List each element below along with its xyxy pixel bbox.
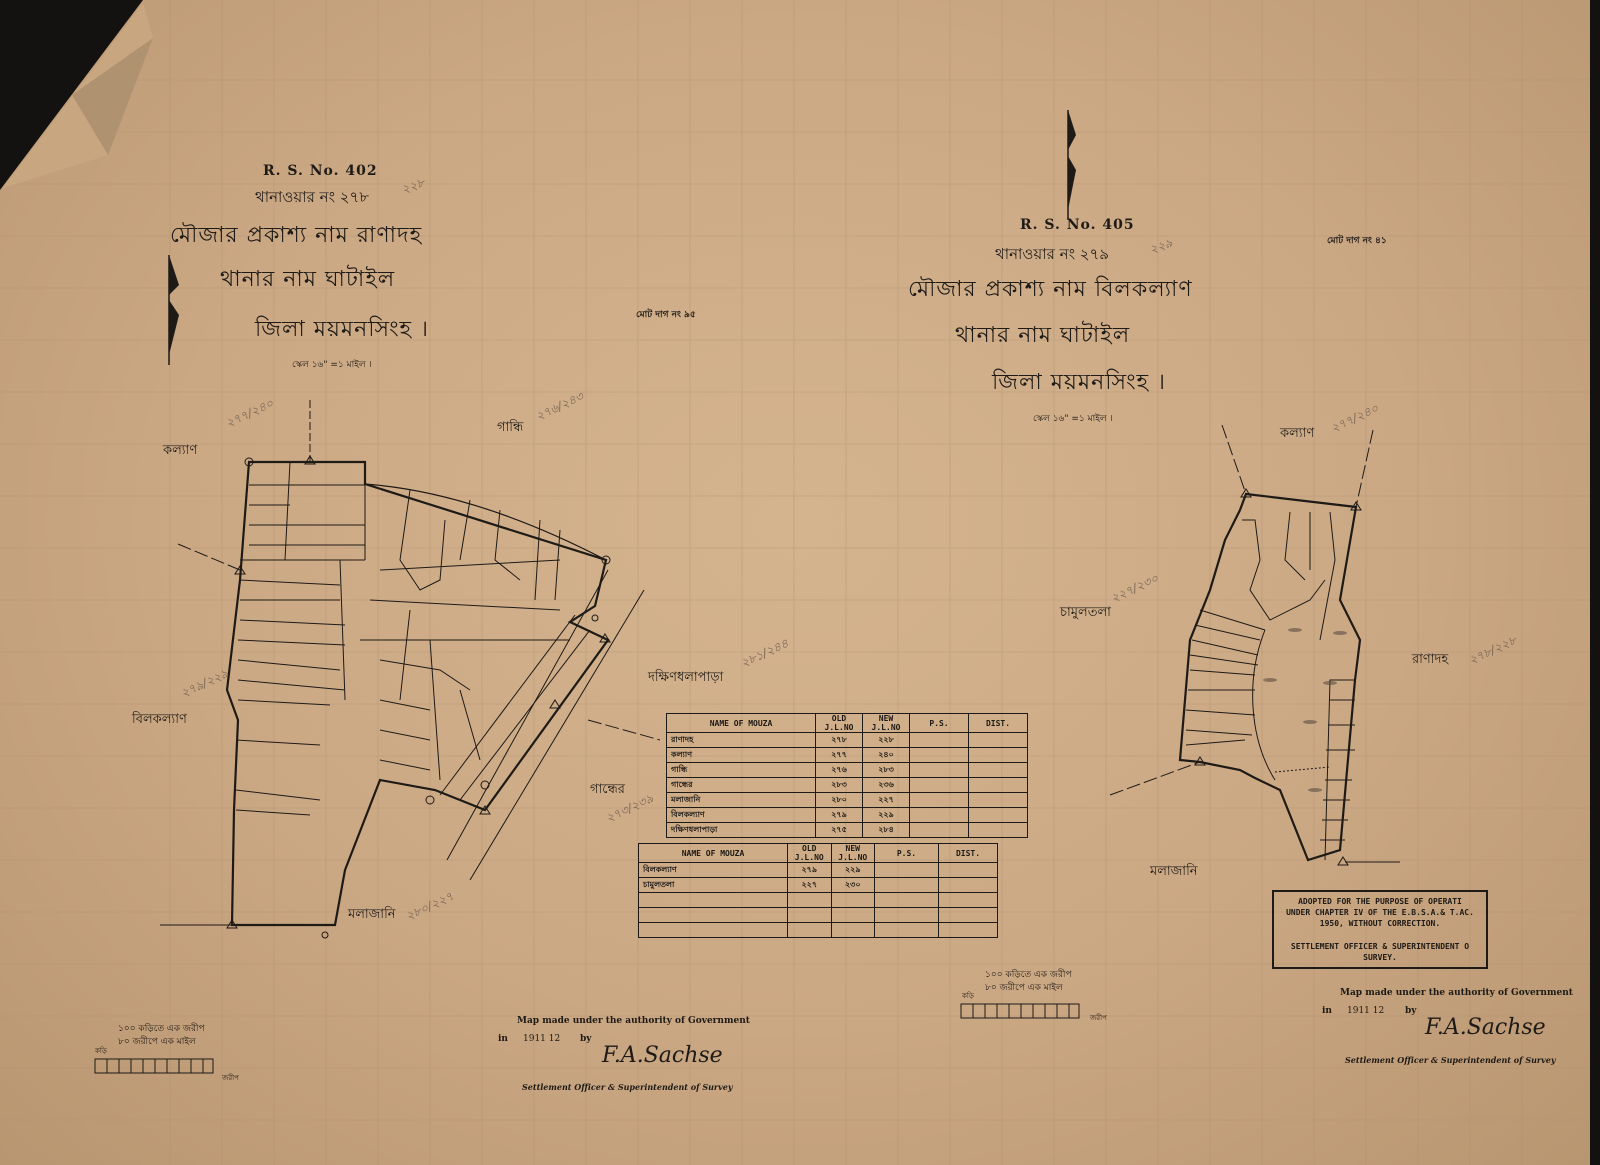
col-old-jl: OLD J.L.NO (788, 844, 832, 863)
cell: ২৮৩ (816, 778, 863, 793)
cell: ২২৮ (863, 733, 910, 748)
left-cadastral-map (160, 380, 660, 940)
table-row: চামুলতলা ২২৭ ২৩০ (639, 878, 998, 893)
cell (939, 908, 998, 923)
left-signature: F.A.Sachse (602, 1043, 723, 1068)
cell (939, 863, 998, 878)
left-mouza-name: মৌজার প্রকাশ্য নাম রাণাদহ (170, 218, 422, 255)
cell (969, 793, 1028, 808)
right-cadastral-map (1100, 410, 1400, 880)
cell (939, 878, 998, 893)
left-authority-by: by (580, 1034, 592, 1044)
cell: বিলকল্যাণ (639, 863, 788, 878)
cell: ২৩৬ (863, 778, 910, 793)
col-dist: DIST. (969, 714, 1028, 733)
left-authority-in: in (498, 1034, 508, 1044)
right-neighbour-east: রাণাদহ (1412, 650, 1448, 671)
cell: রাণাদহ (667, 733, 816, 748)
right-thana-number: থানাওয়ার নং ২৭৯ (995, 243, 1109, 268)
right-authority-year: 1911 12 (1347, 1006, 1384, 1016)
cell: ২৭৯ (788, 863, 832, 878)
cell (969, 748, 1028, 763)
cell: ২৪০ (863, 748, 910, 763)
left-scale-unit-right: জরীপ (222, 1072, 239, 1084)
cell (910, 823, 969, 838)
table-row: বিলকল্যাণ ২৭৯ ২২৯ (639, 863, 998, 878)
col-new-jl: NEW J.L.NO (863, 714, 910, 733)
right-scale-bar (960, 1000, 1090, 1022)
folded-corner (0, 0, 220, 200)
adoption-stamp: ADOPTED FOR THE PURPOSE OF OPERATI UNDER… (1272, 890, 1488, 969)
right-neighbour-north: কল্যাণ (1280, 424, 1314, 445)
table-row: কল্যাণ ২৭৭ ২৪০ (667, 748, 1028, 763)
stamp-line: SURVEY. (1280, 952, 1480, 963)
table-row (639, 893, 998, 908)
cell (910, 733, 969, 748)
cell: বিলকল্যাণ (667, 808, 816, 823)
stamp-signature-space (1280, 929, 1480, 941)
left-scale-bar (94, 1055, 224, 1077)
cell: ২৮০ (816, 793, 863, 808)
left-officer-title: Settlement Officer & Superintendent of S… (522, 1082, 733, 1092)
stamp-line: ADOPTED FOR THE PURPOSE OF OPERATI (1280, 896, 1480, 907)
left-scale: স্কেল ১৬" =১ মাইল । (292, 357, 372, 372)
left-total-plots: মোট দাগ নং ৯৫ (636, 307, 696, 322)
cell (875, 923, 939, 938)
cell: দক্ষিণধলাপাড়া (667, 823, 816, 838)
scan-edge (1590, 0, 1600, 1165)
right-rs-number: R. S. No. 405 (1020, 217, 1135, 233)
cell (639, 908, 788, 923)
cell: ২২৯ (863, 808, 910, 823)
table-row: গান্ধের ২৮৩ ২৩৬ (667, 778, 1028, 793)
table-row (639, 923, 998, 938)
cell (910, 763, 969, 778)
table-row: মলাজানি ২৮০ ২২৭ (667, 793, 1028, 808)
cell: গান্ধি (667, 763, 816, 778)
col-name: NAME OF MOUZA (639, 844, 788, 863)
cell (910, 778, 969, 793)
right-authority-by: by (1405, 1006, 1417, 1016)
col-dist: DIST. (939, 844, 998, 863)
cell (969, 763, 1028, 778)
cell (910, 748, 969, 763)
right-officer-title: Settlement Officer & Superintendent of S… (1345, 1055, 1556, 1065)
cell: ২২৭ (788, 878, 832, 893)
col-ps: P.S. (875, 844, 939, 863)
left-scale-line2: ৮০ জরীপে এক মাইল (118, 1034, 196, 1049)
cell: ২৮৪ (863, 823, 910, 838)
north-arrow-icon (1062, 110, 1082, 220)
right-total-plots: মোট দাগ নং ৪১ (1327, 233, 1387, 248)
right-scale-unit-right: জরীপ (1090, 1012, 1107, 1024)
table-row: গান্ধি ২৭৬ ২৮৩ (667, 763, 1028, 778)
col-name: NAME OF MOUZA (667, 714, 816, 733)
cell: গান্ধের (667, 778, 816, 793)
left-neighbour-east: দক্ষিণধলাপাড়া (648, 668, 723, 689)
cell (788, 893, 832, 908)
table-row: রাণাদহ ২৭৮ ২২৮ (667, 733, 1028, 748)
cell (788, 923, 832, 938)
cell: ২২৯ (831, 863, 875, 878)
left-neighbour-west: বিলকল্যাণ (132, 710, 187, 731)
cell (969, 778, 1028, 793)
mouza-table-1: NAME OF MOUZA OLD J.L.NO NEW J.L.NO P.S.… (666, 713, 1028, 838)
left-thana-name: থানার নাম ঘাটাইল (220, 262, 395, 299)
left-authority-year: 1911 12 (523, 1034, 560, 1044)
right-authority-text: Map made under the authority of Governme… (1340, 988, 1573, 998)
cell (939, 893, 998, 908)
cell: ২৩০ (831, 878, 875, 893)
cell (969, 808, 1028, 823)
cell (875, 878, 939, 893)
cell: ২৭৯ (816, 808, 863, 823)
mouza-table-2: NAME OF MOUZA OLD J.L.NO NEW J.L.NO P.S.… (638, 843, 998, 938)
col-ps: P.S. (910, 714, 969, 733)
cell (969, 733, 1028, 748)
col-new-jl: NEW J.L.NO (831, 844, 875, 863)
right-neighbour-west: চামুলতলা (1060, 603, 1111, 624)
stamp-line: UNDER CHAPTER IV OF THE E.B.S.A.& T.AC. (1280, 907, 1480, 918)
cell: ২২৭ (863, 793, 910, 808)
left-neighbour-south-east: গান্ধের (590, 780, 625, 801)
cell (969, 823, 1028, 838)
right-mouza-name: মৌজার প্রকাশ্য নাম বিলকল্যাণ (908, 272, 1193, 309)
table-row (639, 908, 998, 923)
left-rs-number: R. S. No. 402 (263, 163, 378, 179)
table-row: দক্ষিণধলাপাড়া ২৭৫ ২৮৪ (667, 823, 1028, 838)
cell: ২৮৩ (863, 763, 910, 778)
table-header-row: NAME OF MOUZA OLD J.L.NO NEW J.L.NO P.S.… (639, 844, 998, 863)
cell (910, 808, 969, 823)
cell (831, 893, 875, 908)
col-old-jl: OLD J.L.NO (816, 714, 863, 733)
right-authority-in: in (1322, 1006, 1332, 1016)
cell: ২৭৭ (816, 748, 863, 763)
right-neighbour-south: মলাজানি (1150, 862, 1198, 883)
right-scale-line2: ৮০ জরীপে এক মাইল (985, 980, 1063, 995)
cell: কল্যাণ (667, 748, 816, 763)
left-district: জিলা ময়মনসিংহ । (255, 312, 429, 349)
cell: মলাজানি (667, 793, 816, 808)
cell (939, 923, 998, 938)
cell (639, 923, 788, 938)
stamp-line: 1950, WITHOUT CORRECTION. (1280, 918, 1480, 929)
cell (875, 908, 939, 923)
cell: চামুলতলা (639, 878, 788, 893)
cell (875, 893, 939, 908)
cell (639, 893, 788, 908)
cell (788, 908, 832, 923)
cell (831, 923, 875, 938)
cell: ২৭৬ (816, 763, 863, 778)
table-header-row: NAME OF MOUZA OLD J.L.NO NEW J.L.NO P.S.… (667, 714, 1028, 733)
table-row: বিলকল্যাণ ২৭৯ ২২৯ (667, 808, 1028, 823)
cell (910, 793, 969, 808)
right-signature: F.A.Sachse (1425, 1015, 1546, 1040)
right-thana-name: থানার নাম ঘাটাইল (955, 318, 1130, 355)
right-district: জিলা ময়মনসিংহ । (992, 365, 1166, 402)
cell: ২৭৮ (816, 733, 863, 748)
cell (831, 908, 875, 923)
left-neighbour-south: মলাজানি (348, 905, 396, 926)
left-authority-text: Map made under the authority of Governme… (517, 1016, 750, 1026)
left-thana-number: থানাওয়ার নং ২৭৮ (255, 186, 369, 211)
stamp-line: SETTLEMENT OFFICER & SUPERINTENDENT O (1280, 941, 1480, 952)
left-neighbour-north: গান্ধি (497, 418, 523, 439)
left-neighbour-north-west: কল্যাণ (163, 441, 197, 462)
north-arrow-icon (163, 255, 183, 365)
cell (875, 863, 939, 878)
cell: ২৭৫ (816, 823, 863, 838)
